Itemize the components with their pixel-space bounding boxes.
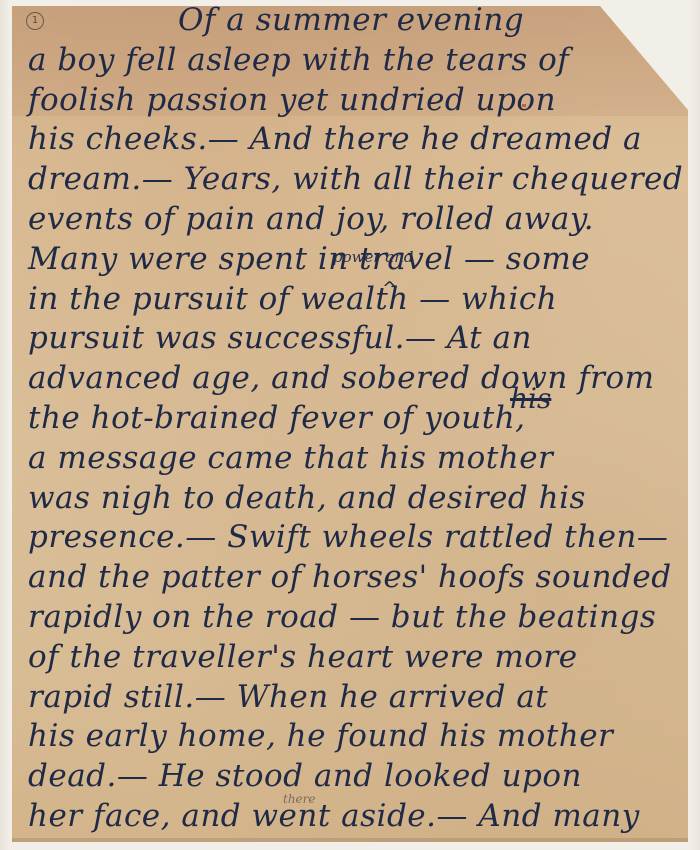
text-line: dream.— Years, with all their chequered xyxy=(28,161,683,197)
text-line: presence.— Swift wheels rattled then— xyxy=(28,519,668,555)
text-line: his early home, he found his mother xyxy=(28,718,613,754)
text-line: advanced age, and sobered down from xyxy=(28,360,655,396)
insertion-power-and: power and xyxy=(333,248,414,266)
text-line: of the traveller's heart were more xyxy=(28,639,578,675)
text-line: her face, and went aside.— And many xyxy=(28,798,640,834)
text-line: foolish passion yet undried upon xyxy=(28,82,556,118)
text-line: pursuit was successful.— At an xyxy=(28,320,532,356)
insertion-caret-icon: ^ xyxy=(382,278,397,299)
text-line: in the pursuit of wealth — which xyxy=(28,281,557,317)
text-line: and the patter of horses' hoofs sounded xyxy=(28,559,672,595)
text-line: dead.— He stood and looked upon xyxy=(28,758,582,794)
text-line: Of a summer evening xyxy=(178,2,524,38)
paper-bottom-edge xyxy=(12,838,688,842)
text-line: events of pain and joy, rolled away. xyxy=(28,201,594,237)
text-line: Many were spent in travel — some xyxy=(28,241,590,277)
red-ink-mark xyxy=(522,104,526,107)
text-line: rapidly on the road — but the beatings xyxy=(28,599,656,635)
text-line: his cheeks.— And there he dreamed a xyxy=(28,121,642,157)
insertion-there-pencil: there xyxy=(283,792,316,806)
text-line: a message came that his mother xyxy=(28,440,553,476)
text-line: the hot-brained fever of youth, xyxy=(28,400,526,436)
struck-out-word: his xyxy=(510,382,551,415)
text-line: rapid still.— When he arrived at xyxy=(28,679,548,715)
text-line: was nigh to death, and desired his xyxy=(28,480,586,516)
page-number-circle: 1 xyxy=(26,12,44,30)
text-line: a boy fell asleep with the tears of xyxy=(28,42,569,78)
